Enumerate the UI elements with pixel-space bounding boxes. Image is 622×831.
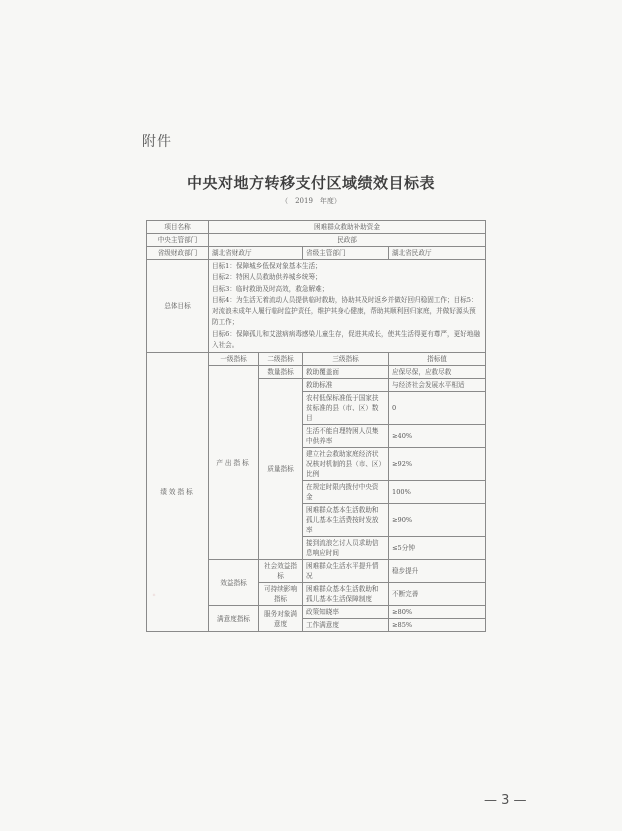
goal-item: 目标3：临时救助及时高效，救急解难； [212, 284, 482, 295]
indicator-value: 与经济社会发展水平相适 [389, 379, 486, 392]
goal-item: 目标6：保障孤儿和艾滋病病毒感染儿童生存，促进其成长，使其生活得更有尊严，更好地… [212, 329, 482, 352]
page-title: 中央对地方转移支付区域绩效目标表 [0, 172, 622, 193]
overall-goal-label: 总体目标 [147, 260, 209, 353]
indicator: 建立社会救助家庭经济状况核对机制的县（市、区）比例 [303, 448, 389, 481]
indicator-value: ≥40% [389, 425, 486, 448]
header-level2: 二级指标 [259, 353, 303, 366]
prov-dept-label: 省级主管部门 [303, 247, 389, 260]
indicator-value: 100% [389, 481, 486, 504]
level2-quality: 质量指标 [259, 379, 303, 560]
row-provincial: 省级财政部门 湖北省财政厅 省级主管部门 湖北省民政厅 [147, 247, 486, 260]
indicator-value: 0 [389, 392, 486, 425]
indicator: 工作满意度 [303, 619, 389, 632]
page-number: — 3 — [484, 793, 527, 808]
indicator-value: ≥80% [389, 606, 486, 619]
prov-finance-value: 湖北省财政厅 [209, 247, 303, 260]
attachment-label: 附件 [142, 131, 172, 151]
indicator: 接到流浪乞讨人员求助信息响应时间 [303, 537, 389, 560]
indicator-value: 稳步提升 [389, 560, 486, 583]
row-central-dept: 中央主管部门 民政部 [147, 234, 486, 247]
central-dept-value: 民政部 [209, 234, 486, 247]
level1-output: 产出指标 [209, 366, 259, 560]
level2-service: 服务对象满意度 [259, 606, 303, 632]
indicator: 困难群众生活水平提升情况 [303, 560, 389, 583]
goal-item: 目标1：保障城乡低保对象基本生活； [212, 261, 482, 272]
indicator-value: ≥92% [389, 448, 486, 481]
indicator: 困难群众基本生活救助和孤儿基本生活费按时发放率 [303, 504, 389, 537]
performance-target-table: 项目名称 困难群众救助补助资金 中央主管部门 民政部 省级财政部门 湖北省财政厅… [146, 220, 486, 632]
project-name-value: 困难群众救助补助资金 [209, 221, 486, 234]
indicator: 农村低保标准低于国家扶贫标准的县（市、区）数目 [303, 392, 389, 425]
level1-satisfaction: 满意度指标 [209, 606, 259, 632]
indicator-value: ≥85% [389, 619, 486, 632]
indicator-value: 应保尽保，应救尽救 [389, 366, 486, 379]
header-value: 指标值 [389, 353, 486, 366]
indicator-value: 不断完善 [389, 583, 486, 606]
indicator-value: ≤5分钟 [389, 537, 486, 560]
indicator: 生活不能自理特困人员集中供养率 [303, 425, 389, 448]
level2-quantity: 数量指标 [259, 366, 303, 379]
indicator: 困难群众基本生活救助和孤儿基本生活保障制度 [303, 583, 389, 606]
level1-benefit: 效益指标 [209, 560, 259, 606]
year-line: （ 2019 年度） [0, 196, 622, 206]
goal-item: 目标4：为生活无着流动人员提供临时救助，协助其及时返乡并做好回归稳固工作；目标5… [212, 295, 482, 329]
header-level3: 三级指标 [303, 353, 389, 366]
prov-dept-value: 湖北省民政厅 [389, 247, 486, 260]
project-name-label: 项目名称 [147, 221, 209, 234]
row-overall-goal: 总体目标 目标1：保障城乡低保对象基本生活； 目标2：特困人员救助供养城乡统筹；… [147, 260, 486, 353]
row-header: 绩效指标 一级指标 二级指标 三级指标 指标值 [147, 353, 486, 366]
row-project-name: 项目名称 困难群众救助补助资金 [147, 221, 486, 234]
goal-item: 目标2：特困人员救助供养城乡统筹； [212, 272, 482, 283]
level2-social: 社会效益指标 [259, 560, 303, 583]
prov-finance-label: 省级财政部门 [147, 247, 209, 260]
stamp-smudge: ﹡ [150, 590, 168, 602]
indicator: 救助覆盖面 [303, 366, 389, 379]
indicator: 在规定时限内拨付中央资金 [303, 481, 389, 504]
header-level1: 一级指标 [209, 353, 259, 366]
indicator-value: ≥90% [389, 504, 486, 537]
central-dept-label: 中央主管部门 [147, 234, 209, 247]
overall-goal-text: 目标1：保障城乡低保对象基本生活； 目标2：特困人员救助供养城乡统筹； 目标3：… [209, 260, 486, 353]
indicator: 救助标准 [303, 379, 389, 392]
indicator: 政策知晓率 [303, 606, 389, 619]
level2-sustain: 可持续影响指标 [259, 583, 303, 606]
